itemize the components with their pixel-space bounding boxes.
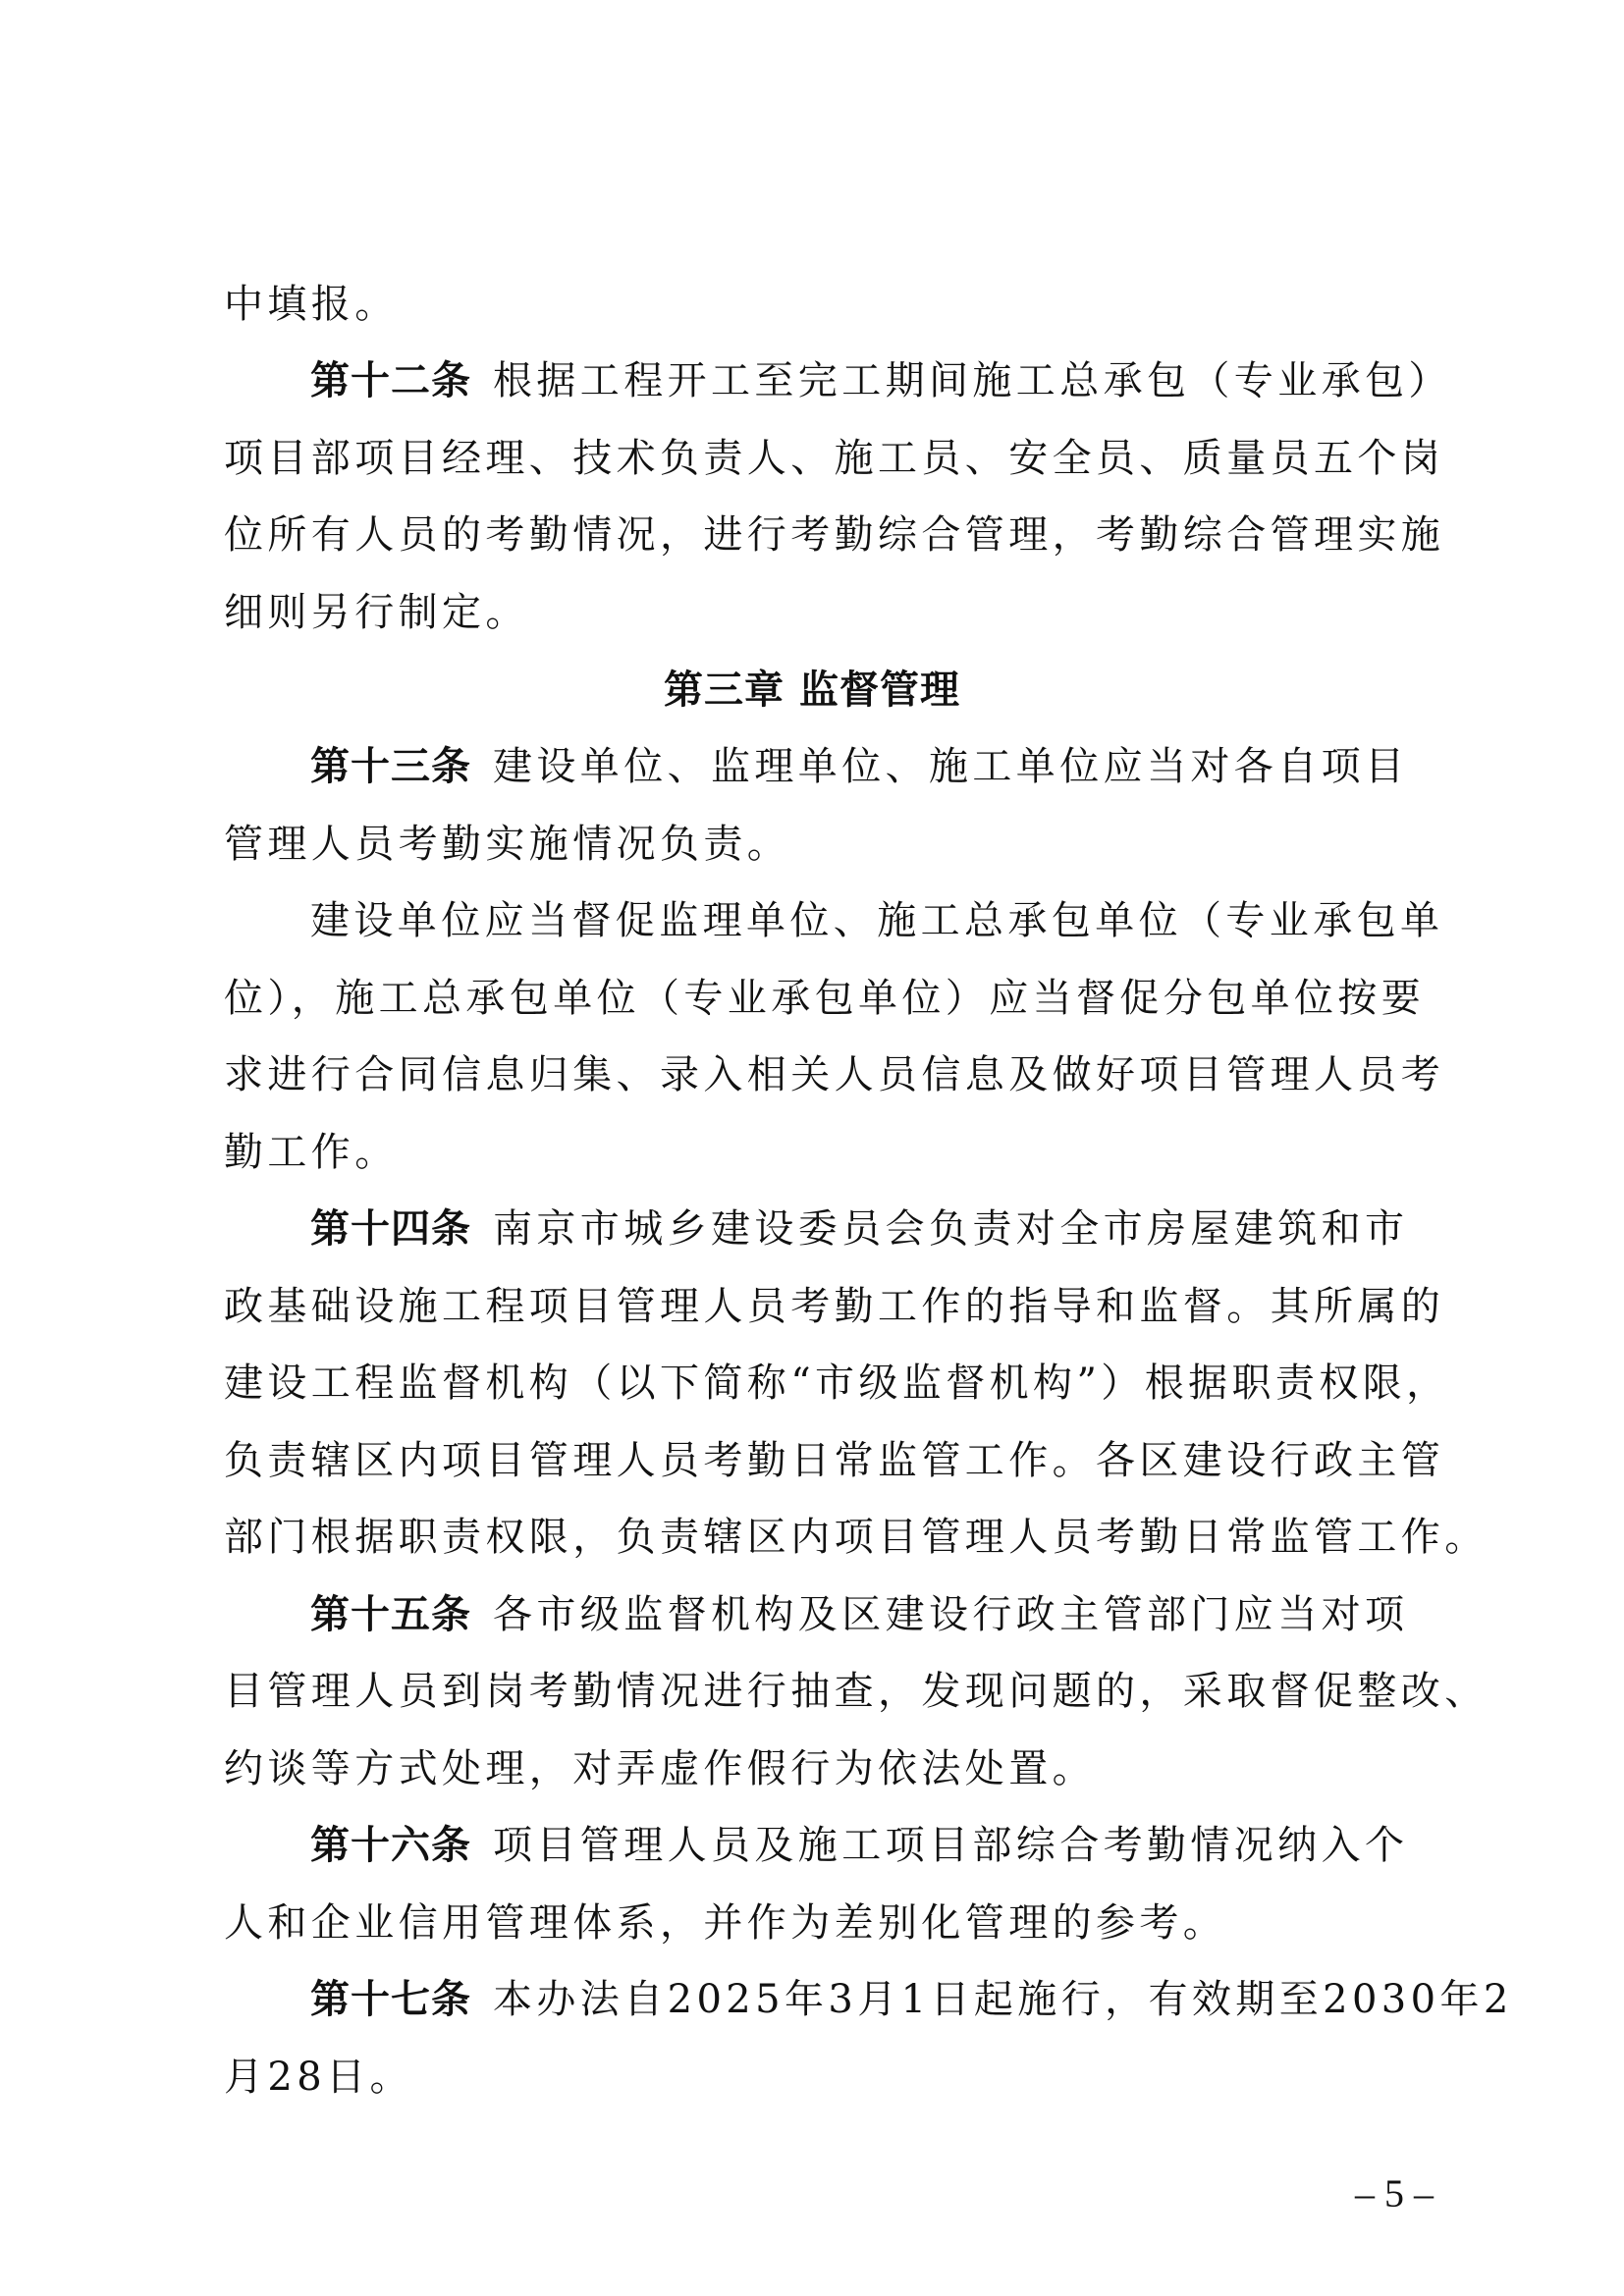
paragraph-line: 中填报。 [224, 275, 1451, 334]
chapter-heading: 第三章 监督管理 [0, 661, 1624, 720]
article-number: 第十二条 [310, 358, 471, 403]
article-paragraph-line: 第十二条根据工程开工至完工期间施工总承包（专业承包） [310, 351, 1538, 410]
line-text: 细则另行制定。 [224, 590, 529, 635]
line-text: 部门根据职责权限，负责辖区内项目管理人员考勤日常监管工作。 [224, 1515, 1489, 1560]
line-text: 项目部项目经理、技术负责人、施工员、安全员、质量员五个岗 [224, 436, 1444, 481]
line-text: 人和企业信用管理体系，并作为差别化管理的参考。 [224, 1900, 1226, 1946]
paragraph-line: 项目部项目经理、技术负责人、施工员、安全员、质量员五个岗 [224, 429, 1451, 488]
line-text: 月28日。 [224, 2055, 413, 2100]
paragraph-line: 部门根据职责权限，负责辖区内项目管理人员考勤日常监管工作。 [224, 1508, 1451, 1567]
article-paragraph-line: 第十七条本办法自2025年3月1日起施行，有效期至2030年2 [310, 1970, 1538, 2029]
line-text: 中填报。 [224, 282, 399, 327]
paragraph-line: 目管理人员到岗考勤情况进行抽查，发现问题的，采取督促整改、 [224, 1662, 1451, 1721]
paragraph-line: 位所有人员的考勤情况，进行考勤综合管理，考勤综合管理实施 [224, 506, 1451, 564]
line-text: 建设单位、监理单位、施工单位应当对各自项目 [493, 744, 1408, 789]
article-paragraph-line: 第十五条各市级监督机构及区建设行政主管部门应当对项 [310, 1585, 1538, 1644]
line-text: 负责辖区内项目管理人员考勤日常监管工作。各区建设行政主管 [224, 1438, 1444, 1483]
paragraph-line: 细则另行制定。 [224, 583, 1451, 642]
line-text: 位），施工总承包单位（专业承包单位）应当督促分包单位按要 [224, 976, 1425, 1021]
paragraph-line: 建设单位应当督促监理单位、施工总承包单位（专业承包单 [310, 891, 1538, 950]
paragraph-line: 月28日。 [224, 2048, 1451, 2107]
article-number: 第十三条 [310, 744, 471, 789]
line-text: 求进行合同信息归集、录入相关人员信息及做好项目管理人员考 [224, 1052, 1444, 1097]
paragraph-line: 人和企业信用管理体系，并作为差别化管理的参考。 [224, 1894, 1451, 1952]
article-number: 第十七条 [310, 1977, 471, 2022]
line-text: 本办法自2025年3月1日起施行，有效期至2030年2 [493, 1977, 1513, 2022]
line-text: 管理人员考勤实施情况负责。 [224, 822, 790, 867]
line-text: 政基础设施工程项目管理人员考勤工作的指导和监督。其所属的 [224, 1284, 1444, 1329]
paragraph-line: 负责辖区内项目管理人员考勤日常监管工作。各区建设行政主管 [224, 1431, 1451, 1490]
line-text: 南京市城乡建设委员会负责对全市房屋建筑和市 [493, 1206, 1408, 1252]
article-paragraph-line: 第十三条建设单位、监理单位、施工单位应当对各自项目 [310, 737, 1538, 796]
paragraph-line: 管理人员考勤实施情况负责。 [224, 815, 1451, 874]
line-text: 项目管理人员及施工项目部综合考勤情况纳入个 [493, 1823, 1408, 1868]
article-number: 第十四条 [310, 1206, 471, 1252]
article-paragraph-line: 第十六条项目管理人员及施工项目部综合考勤情况纳入个 [310, 1816, 1538, 1875]
paragraph-line: 求进行合同信息归集、录入相关人员信息及做好项目管理人员考 [224, 1045, 1451, 1104]
line-text: 位所有人员的考勤情况，进行考勤综合管理，考勤综合管理实施 [224, 512, 1444, 558]
line-text: 目管理人员到岗考勤情况进行抽查，发现问题的，采取督促整改、 [224, 1669, 1489, 1714]
paragraph-line: 政基础设施工程项目管理人员考勤工作的指导和监督。其所属的 [224, 1277, 1451, 1336]
page-number: – 5 – [1355, 2169, 1434, 2218]
line-text: 各市级监督机构及区建设行政主管部门应当对项 [493, 1592, 1408, 1637]
article-paragraph-line: 第十四条南京市城乡建设委员会负责对全市房屋建筑和市 [310, 1200, 1538, 1258]
document-page: 第三章 监督管理 中填报。第十二条根据工程开工至完工期间施工总承包（专业承包）项… [0, 0, 1624, 2296]
paragraph-line: 约谈等方式处理，对弄虚作假行为依法处置。 [224, 1739, 1451, 1798]
line-text: 建设单位应当督促监理单位、施工总承包单位（专业承包单 [310, 898, 1443, 943]
line-text: 根据工程开工至完工期间施工总承包（专业承包） [493, 358, 1452, 403]
paragraph-line: 建设工程监督机构（以下简称“市级监督机构”）根据职责权限， [224, 1354, 1451, 1413]
paragraph-line: 勤工作。 [224, 1123, 1451, 1182]
line-text: 约谈等方式处理，对弄虚作假行为依法处置。 [224, 1746, 1096, 1791]
line-text: 建设工程监督机构（以下简称“市级监督机构”）根据职责权限， [224, 1361, 1450, 1406]
article-number: 第十五条 [310, 1592, 471, 1637]
article-number: 第十六条 [310, 1823, 471, 1868]
paragraph-line: 位），施工总承包单位（专业承包单位）应当督促分包单位按要 [224, 969, 1451, 1028]
line-text: 勤工作。 [224, 1130, 399, 1175]
